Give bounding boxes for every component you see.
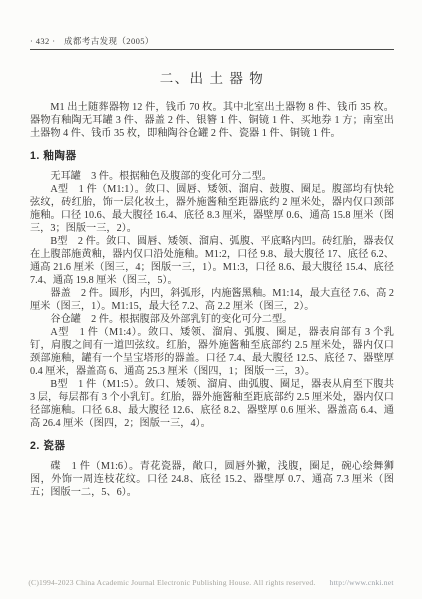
intro-paragraph: M1 出土随葬器物 12 件，钱币 70 枚。其中北室出土器物 8 件、钱币 3… <box>30 101 394 140</box>
copyright-text: (C)1994-2023 China Academic Journal Elec… <box>28 578 315 587</box>
header-rule <box>30 49 394 50</box>
paragraph-gucangguan-type-a: A型 1 件（M1:4）。敛口、矮领、溜肩、弧腹、圈足，器表肩部有 3 个乳钉，… <box>30 326 394 378</box>
footer-url: http://www.cnki.net <box>330 578 394 587</box>
book-title: 成都考古发现（2005） <box>64 36 154 46</box>
paragraph-gucangguan: 谷仓罐 2 件。根据腹部及外部乳钉的变化可分二型。 <box>30 313 394 326</box>
paragraph-wuerguan: 无耳罐 3 件。根据釉色及腹部的变化可分二型。 <box>30 170 394 183</box>
paragraph-gucangguan-type-b: B型 1 件（M1:5）。敛口、矮领、溜肩、曲弧腹、圈足，器表从肩至下腹共 3 … <box>30 378 394 430</box>
paragraph-wuerguan-type-b: B型 2 件。敛口、圆唇、矮领、溜肩、弧腹、平底略内凹。砖红胎，器表仅在上腹部施… <box>30 235 394 287</box>
paragraph-wuerguan-type-a: A型 1 件（M1:1）。敛口、圆唇、矮领、溜肩、鼓腹、圈足。腹部均有快轮弦纹，… <box>30 183 394 235</box>
heading-porcelain: 2. 瓷器 <box>30 438 394 453</box>
chapter-title: 二、出 土 器 物 <box>30 67 394 87</box>
page-number: · 432 · <box>30 36 55 46</box>
heading-glazed-pottery: 1. 釉陶器 <box>30 148 394 163</box>
scanned-document-page: · 432 · 成都考古发现（2005） 二、出 土 器 物 M1 出土随葬器物… <box>0 0 422 599</box>
paragraph-die-plate: 碟 1 件（M1:6）。青花瓷器，敞口，圆唇外撇，浅腹，圈足，碗心绘舞狮图，外饰… <box>30 460 394 499</box>
copyright-footer: (C)1994-2023 China Academic Journal Elec… <box>0 578 422 587</box>
page-header: · 432 · 成都考古发现（2005） <box>30 36 394 46</box>
paragraph-qigai: 器盖 2 件。圆形，内凹，斜弧形，内施酱黑釉。M1:14，最大直径 7.6、高 … <box>30 287 394 313</box>
